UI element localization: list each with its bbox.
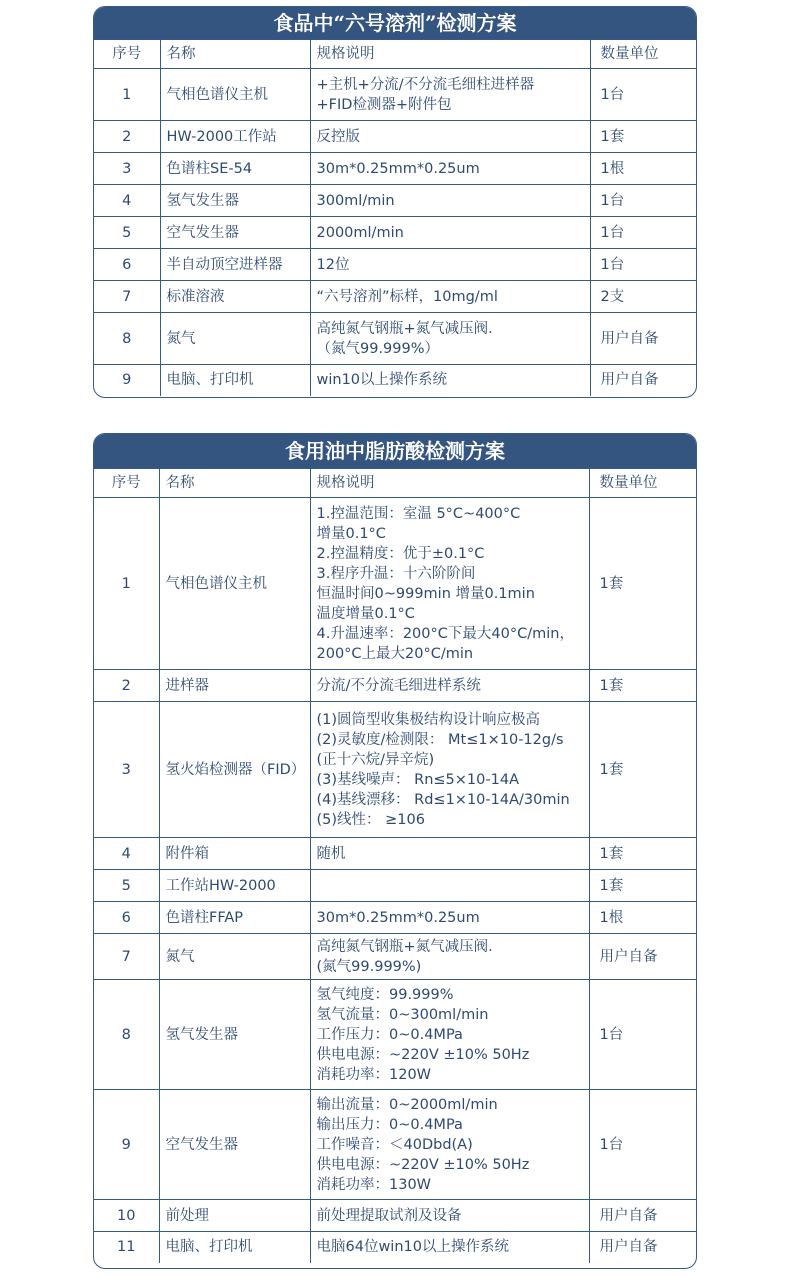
table-row: 10前处理前处理提取试剂及设备用户自备 xyxy=(94,1200,697,1232)
row-number: 11 xyxy=(94,1232,159,1263)
table-title: 食品中“六号溶剂”检测方案 xyxy=(94,7,696,39)
row-number: 6 xyxy=(94,249,160,281)
spec-line: 供电电源：~220V ±10% 50Hz xyxy=(317,1155,589,1175)
row-number: 8 xyxy=(94,980,159,1090)
item-name: 空气发生器 xyxy=(159,1090,310,1200)
spec-line: 300ml/min xyxy=(317,191,590,211)
spec-line: win10以上操作系统 xyxy=(317,370,590,390)
item-spec: 随机 xyxy=(310,838,589,870)
table-row: 4附件箱随机1套 xyxy=(94,838,697,870)
table-header-row: 序号 名称 规格说明 数量单位 xyxy=(94,40,697,69)
item-quantity: 1套 xyxy=(589,498,697,670)
item-quantity: 用户自备 xyxy=(590,313,697,365)
row-number: 1 xyxy=(94,498,159,670)
table-row: 9电脑、打印机win10以上操作系统用户自备 xyxy=(94,365,697,396)
item-name: 色谱柱FFAP xyxy=(159,902,310,934)
table-row: 2HW-2000工作站反控版1套 xyxy=(94,121,697,153)
spec-line: 温度增量0.1°C xyxy=(317,604,589,624)
item-name: 氢火焰检测器（FID） xyxy=(159,702,310,838)
item-quantity: 1台 xyxy=(590,185,697,217)
header-qty: 数量单位 xyxy=(590,40,697,69)
item-quantity: 用户自备 xyxy=(589,1200,697,1232)
item-spec: 电脑64位win10以上操作系统 xyxy=(310,1232,589,1263)
row-number: 7 xyxy=(94,934,159,980)
spec-line: 电脑64位win10以上操作系统 xyxy=(317,1237,589,1257)
spec-line: （氮气99.999%） xyxy=(317,339,590,359)
item-quantity: 1套 xyxy=(589,838,697,870)
spec-line: 增量0.1°C xyxy=(317,524,589,544)
header-no: 序号 xyxy=(94,469,159,498)
spec-line: 反控版 xyxy=(317,127,590,147)
item-quantity: 1套 xyxy=(589,702,697,838)
spec-line: (1)圆筒型收集极结构设计响应极高 xyxy=(317,710,589,730)
row-number: 5 xyxy=(94,870,159,902)
item-name: 气相色谱仪主机 xyxy=(160,69,310,121)
table-row: 3氢火焰检测器（FID）(1)圆筒型收集极结构设计响应极高(2)灵敏度/检测限：… xyxy=(94,702,697,838)
item-spec: 2000ml/min xyxy=(310,217,590,249)
item-spec: 30m*0.25mm*0.25um xyxy=(310,902,589,934)
row-number: 2 xyxy=(94,121,160,153)
item-name: 电脑、打印机 xyxy=(160,365,310,396)
spec-line: 氢气纯度：99.999% xyxy=(317,985,589,1005)
item-quantity: 1套 xyxy=(589,670,697,702)
spec-line: 4.升温速率：200°C下最大40°C/min， xyxy=(317,624,589,644)
table-header-row: 序号 名称 规格说明 数量单位 xyxy=(94,469,697,498)
item-name: 标准溶液 xyxy=(160,281,310,313)
table-row: 1气相色谱仪主机+主机+分流/不分流毛细柱进样器+FID检测器+附件包1台 xyxy=(94,69,697,121)
item-spec: 反控版 xyxy=(310,121,590,153)
row-number: 3 xyxy=(94,153,160,185)
item-name: 氮气 xyxy=(159,934,310,980)
item-spec: 氢气纯度：99.999%氢气流量：0~300ml/min工作压力：0~0.4MP… xyxy=(310,980,589,1090)
item-name: 进样器 xyxy=(159,670,310,702)
item-name: 氮气 xyxy=(160,313,310,365)
spec-line: 2.控温精度：优于±0.1°C xyxy=(317,544,589,564)
fatty-acid-detection-table: 食用油中脂肪酸检测方案 序号 名称 规格说明 数量单位 1气相色谱仪主机1.控温… xyxy=(93,433,697,1269)
table-row: 7标准溶液“六号溶剂”标样，10mg/ml2支 xyxy=(94,281,697,313)
table-row: 8氢气发生器氢气纯度：99.999%氢气流量：0~300ml/min工作压力：0… xyxy=(94,980,697,1090)
row-number: 4 xyxy=(94,838,159,870)
table-row: 6色谱柱FFAP30m*0.25mm*0.25um1根 xyxy=(94,902,697,934)
item-quantity: 1套 xyxy=(590,121,697,153)
table-row: 2进样器分流/不分流毛细进样系统1套 xyxy=(94,670,697,702)
equipment-table: 序号 名称 规格说明 数量单位 1气相色谱仪主机1.控温范围：室温 5°C~40… xyxy=(94,468,697,1263)
item-spec: 300ml/min xyxy=(310,185,590,217)
table-row: 5工作站HW-20001套 xyxy=(94,870,697,902)
item-quantity: 用户自备 xyxy=(590,365,697,396)
spec-line: 消耗功率：120W xyxy=(317,1065,589,1085)
row-number: 8 xyxy=(94,313,160,365)
table-row: 8氮气高纯氮气钢瓶+氮气减压阀.（氮气99.999%）用户自备 xyxy=(94,313,697,365)
table-row: 5空气发生器2000ml/min1台 xyxy=(94,217,697,249)
spec-line: 消耗功率：130W xyxy=(317,1175,589,1195)
spec-line: 30m*0.25mm*0.25um xyxy=(317,159,590,179)
item-name: 空气发生器 xyxy=(160,217,310,249)
spec-line: 氢气流量：0~300ml/min xyxy=(317,1005,589,1025)
item-name: 气相色谱仪主机 xyxy=(159,498,310,670)
row-number: 10 xyxy=(94,1200,159,1232)
item-spec: “六号溶剂”标样，10mg/ml xyxy=(310,281,590,313)
header-qty: 数量单位 xyxy=(589,469,697,498)
item-quantity: 1台 xyxy=(589,980,697,1090)
spec-line: 输出流量：0~2000ml/min xyxy=(317,1095,589,1115)
table-row: 1气相色谱仪主机1.控温范围：室温 5°C~400°C增量0.1°C2.控温精度… xyxy=(94,498,697,670)
header-spec: 规格说明 xyxy=(310,469,589,498)
item-quantity: 2支 xyxy=(590,281,697,313)
row-number: 5 xyxy=(94,217,160,249)
item-spec: 1.控温范围：室温 5°C~400°C增量0.1°C2.控温精度：优于±0.1°… xyxy=(310,498,589,670)
table-row: 11电脑、打印机电脑64位win10以上操作系统用户自备 xyxy=(94,1232,697,1263)
spec-line: +FID检测器+附件包 xyxy=(317,95,590,115)
item-quantity: 1台 xyxy=(590,217,697,249)
spec-line: 工作压力：0~0.4MPa xyxy=(317,1025,589,1045)
table-title: 食用油中脂肪酸检测方案 xyxy=(94,434,696,468)
spec-line: (3)基线噪声： Rn≤5×10-14A xyxy=(317,770,589,790)
item-quantity: 1台 xyxy=(590,69,697,121)
spec-line: +主机+分流/不分流毛细柱进样器 xyxy=(317,75,590,95)
spec-line: (氮气99.999%) xyxy=(317,957,589,977)
row-number: 9 xyxy=(94,365,160,396)
solvent-detection-table: 食品中“六号溶剂”检测方案 序号 名称 规格说明 数量单位 1气相色谱仪主机+主… xyxy=(93,6,697,398)
spec-line: 恒温时间0~999min 增量0.1min xyxy=(317,584,589,604)
item-spec: win10以上操作系统 xyxy=(310,365,590,396)
spec-line: 30m*0.25mm*0.25um xyxy=(317,908,589,928)
spec-line: 1.控温范围：室温 5°C~400°C xyxy=(317,504,589,524)
item-quantity: 1台 xyxy=(590,249,697,281)
item-spec: 12位 xyxy=(310,249,590,281)
item-name: 氢气发生器 xyxy=(159,980,310,1090)
spec-line: 高纯氮气钢瓶+氮气减压阀. xyxy=(317,937,589,957)
table-row: 7氮气高纯氮气钢瓶+氮气减压阀.(氮气99.999%)用户自备 xyxy=(94,934,697,980)
spec-line: (2)灵敏度/检测限： Mt≤1×10-12g/s xyxy=(317,730,589,750)
item-spec: +主机+分流/不分流毛细柱进样器+FID检测器+附件包 xyxy=(310,69,590,121)
item-spec: 输出流量：0~2000ml/min输出压力：0~0.4MPa工作噪音：＜40Db… xyxy=(310,1090,589,1200)
item-quantity: 1套 xyxy=(589,870,697,902)
spec-line: 输出压力：0~0.4MPa xyxy=(317,1115,589,1135)
item-quantity: 1台 xyxy=(589,1090,697,1200)
spec-line: (正十六烷/异辛烷) xyxy=(317,750,589,770)
item-name: 电脑、打印机 xyxy=(159,1232,310,1263)
row-number: 7 xyxy=(94,281,160,313)
item-spec: (1)圆筒型收集极结构设计响应极高(2)灵敏度/检测限： Mt≤1×10-12g… xyxy=(310,702,589,838)
row-number: 4 xyxy=(94,185,160,217)
item-quantity: 1根 xyxy=(590,153,697,185)
table-row: 4氢气发生器300ml/min1台 xyxy=(94,185,697,217)
item-name: HW-2000工作站 xyxy=(160,121,310,153)
spec-line: 工作噪音：＜40Dbd(A) xyxy=(317,1135,589,1155)
table-row: 9空气发生器输出流量：0~2000ml/min输出压力：0~0.4MPa工作噪音… xyxy=(94,1090,697,1200)
item-name: 氢气发生器 xyxy=(160,185,310,217)
header-name: 名称 xyxy=(160,40,310,69)
spec-line: “六号溶剂”标样，10mg/ml xyxy=(317,287,590,307)
spec-line: 供电电源：~220V ±10% 50Hz xyxy=(317,1045,589,1065)
row-number: 3 xyxy=(94,702,159,838)
spec-line: 高纯氮气钢瓶+氮气减压阀. xyxy=(317,319,590,339)
item-spec: 前处理提取试剂及设备 xyxy=(310,1200,589,1232)
item-spec xyxy=(310,870,589,902)
row-number: 2 xyxy=(94,670,159,702)
table-row: 3色谱柱SE-5430m*0.25mm*0.25um1根 xyxy=(94,153,697,185)
item-name: 色谱柱SE-54 xyxy=(160,153,310,185)
spec-line: 12位 xyxy=(317,255,590,275)
equipment-table: 序号 名称 规格说明 数量单位 1气相色谱仪主机+主机+分流/不分流毛细柱进样器… xyxy=(94,39,697,396)
item-spec: 30m*0.25mm*0.25um xyxy=(310,153,590,185)
item-spec: 高纯氮气钢瓶+氮气减压阀.（氮气99.999%） xyxy=(310,313,590,365)
item-quantity: 用户自备 xyxy=(589,1232,697,1263)
spec-line: 2000ml/min xyxy=(317,223,590,243)
spec-line: 前处理提取试剂及设备 xyxy=(317,1206,589,1226)
spec-line: (4)基线漂移： Rd≤1×10-14A/30min xyxy=(317,790,589,810)
item-name: 附件箱 xyxy=(159,838,310,870)
header-name: 名称 xyxy=(159,469,310,498)
item-quantity: 用户自备 xyxy=(589,934,697,980)
item-quantity: 1根 xyxy=(589,902,697,934)
row-number: 1 xyxy=(94,69,160,121)
spec-line: 3.程序升温：十六阶阶间 xyxy=(317,564,589,584)
item-spec: 高纯氮气钢瓶+氮气减压阀.(氮气99.999%) xyxy=(310,934,589,980)
spec-line: (5)线性： ≥106 xyxy=(317,810,589,830)
item-name: 工作站HW-2000 xyxy=(159,870,310,902)
header-no: 序号 xyxy=(94,40,160,69)
spec-line: 分流/不分流毛细进样系统 xyxy=(317,676,589,696)
spec-line: 随机 xyxy=(317,844,589,864)
item-spec: 分流/不分流毛细进样系统 xyxy=(310,670,589,702)
header-spec: 规格说明 xyxy=(310,40,590,69)
row-number: 6 xyxy=(94,902,159,934)
spec-line: 200°C上最大20°C/min xyxy=(317,644,589,664)
item-name: 前处理 xyxy=(159,1200,310,1232)
row-number: 9 xyxy=(94,1090,159,1200)
item-name: 半自动顶空进样器 xyxy=(160,249,310,281)
table-row: 6半自动顶空进样器12位1台 xyxy=(94,249,697,281)
